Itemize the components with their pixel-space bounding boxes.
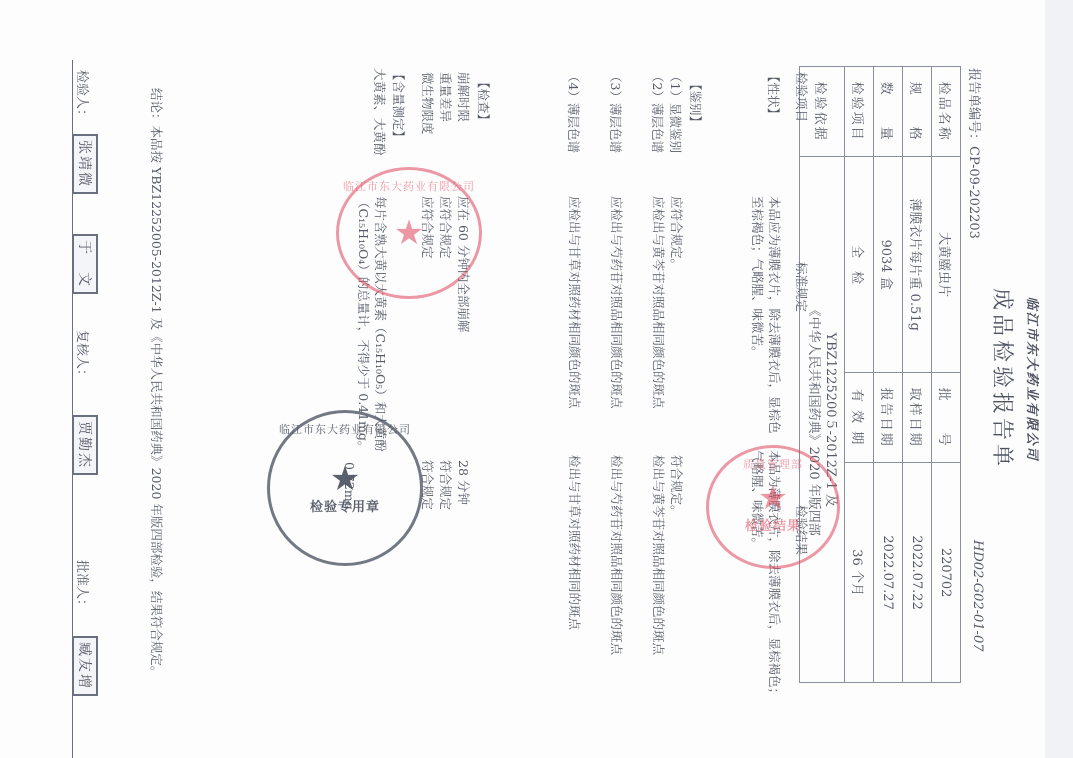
inspector-label: 检验人： xyxy=(74,70,93,122)
identification-item: （2）薄层色谱 xyxy=(649,70,667,153)
character-standard: 本品应为薄膜衣片，除去薄膜衣后，显棕色至棕褐色；气略腥、味微苦。 xyxy=(749,196,783,436)
col-header-result: 检验结果 xyxy=(793,505,811,555)
approver-signature: 臧友增 xyxy=(72,636,98,696)
assay-standard: 每片含熟大黄以大黄素（C₁₅H₁₀O₅）和大黄酚（C₁₅H₁₀O₄）的总量计，不… xyxy=(355,196,389,476)
identification-item: （3）薄层色谱 xyxy=(607,70,625,153)
quantity-label: 数 量 xyxy=(874,67,903,157)
spec-label: 规 格 xyxy=(903,67,932,157)
inspection-standard: 应符合规定 xyxy=(437,196,455,259)
inspection-report-page: 临江市东大药业有限公司 成品检验报告单 报告单编号：CP-09-202203 H… xyxy=(0,0,1073,758)
conclusion: 结论：本品按 YBZ12252005-2012Z-1 及《中华人民共和国药典》2… xyxy=(148,66,165,686)
sampling-date-label: 取样日期 xyxy=(903,372,932,462)
report-date-label: 报告日期 xyxy=(874,372,903,462)
product-name-value: 大黄䗪虫片 xyxy=(932,157,961,373)
identification-item: （1）显微鉴别 xyxy=(667,70,685,153)
col-header-item: 检验项目 xyxy=(793,72,811,122)
identification-standard: 应检出与甘草对照药材相同颜色的斑点 xyxy=(566,196,583,446)
report-number-label: 报告单编号： xyxy=(966,68,981,146)
identification-item: （4）薄层色谱 xyxy=(565,70,583,153)
validity-value: 36 个月 xyxy=(845,463,874,683)
product-name-label: 检品名称 xyxy=(932,67,961,157)
sampling-date-value: 2022.07.22 xyxy=(903,463,932,683)
report-number-value: CP-09-202203 xyxy=(966,146,981,239)
form-code: HD02-G02-01-07 xyxy=(970,540,985,652)
scan-edge xyxy=(1045,0,1073,758)
inspector-signature-2: 于 文 xyxy=(72,234,98,294)
validity-label: 有 效 期 xyxy=(845,372,874,462)
approver-label: 批准人： xyxy=(74,560,93,612)
inspection-standard: 应符合规定 xyxy=(419,196,437,259)
items-value: 全 检 xyxy=(845,157,874,373)
identification-result: 检出与甘草对照药材相同的斑点 xyxy=(566,455,583,685)
basis-line-1: YBZ1225200５-2012Z-1 及 xyxy=(822,161,839,678)
basis-value: YBZ1225200５-2012Z-1 及 《中华人民共和国药典》2020 年版… xyxy=(800,157,845,683)
reviewer-signature: 贾勤杰 xyxy=(72,415,98,475)
report-title: 成品检验报告单 xyxy=(988,0,1019,758)
items-label: 检验项目 xyxy=(845,67,874,157)
inspection-item: 微生物限度 xyxy=(419,72,437,135)
company-stamp-ring-text: 临江市东大药业有限公司 xyxy=(339,178,479,194)
inspection-item: 重量差异 xyxy=(437,72,455,122)
batch-label: 批 号 xyxy=(932,372,961,462)
basis-line-2: 《中华人民共和国药典》2020 年版四部 xyxy=(805,161,822,678)
report-date-value: 2022.07.27 xyxy=(874,463,903,683)
identification-section-title: 【鉴别】 xyxy=(687,78,705,128)
col-header-standard: 标准规定 xyxy=(793,262,811,312)
batch-value: 220702 xyxy=(932,463,961,683)
character-section-title: 【性状】 xyxy=(765,70,783,120)
inspection-item: 崩解时限 xyxy=(455,72,473,122)
quantity-value: 9034 盒 xyxy=(874,157,903,373)
inspection-result: 28 分钟 xyxy=(455,460,473,505)
company-name: 临江市东大药业有限公司 xyxy=(1024,0,1043,758)
qc-stamp-ring-text: 临江市东大药业有限公司 xyxy=(270,421,420,437)
identification-standard: 应检出与黄芩苷对照品相同颜色的斑点 xyxy=(650,196,667,446)
inspection-standard: 应在 60 分钟内全部崩解 xyxy=(455,196,473,332)
conclusion-text: 本品按 YBZ12252005-2012Z-1 及《中华人民共和国药典》2020… xyxy=(149,126,164,679)
assay-item: 大黄素、大黄酚 xyxy=(371,68,389,156)
conclusion-label: 结论： xyxy=(149,88,164,126)
inspection-section-title: 【检查】 xyxy=(475,76,493,126)
spec-value: 薄膜衣片每片重 0.51g xyxy=(903,157,932,373)
product-info-table: 检品名称 大黄䗪虫片 批 号 220702 规 格 薄膜衣片每片重 0.51g … xyxy=(799,66,961,683)
reviewer-label: 复核人： xyxy=(74,330,93,382)
report-number: 报告单编号：CP-09-202203 xyxy=(966,68,985,239)
inspection-result: 符合规定 xyxy=(437,460,455,510)
identification-result: 检出与芍药苷对照品相同颜色的斑点 xyxy=(608,455,625,685)
identification-result: 检出与黄芩苷对照品相同颜色的斑点 xyxy=(650,455,667,685)
assay-result: 0.72mg xyxy=(342,462,357,510)
identification-standard: 应检出与芍药苷对照品相同颜色的斑点 xyxy=(608,196,625,446)
inspection-result: 符合规定 xyxy=(419,460,437,510)
character-result: 本品为薄膜衣片，除去薄膜衣后，显棕褐色；气略腥、味微苦。 xyxy=(749,450,783,700)
assay-section-title: 【含量测定】 xyxy=(390,68,408,143)
identification-result: 符合规定。 xyxy=(668,455,685,685)
identification-standard: 应符合规定。 xyxy=(668,196,685,446)
inspector-signature-1: 张靖微 xyxy=(72,134,98,194)
